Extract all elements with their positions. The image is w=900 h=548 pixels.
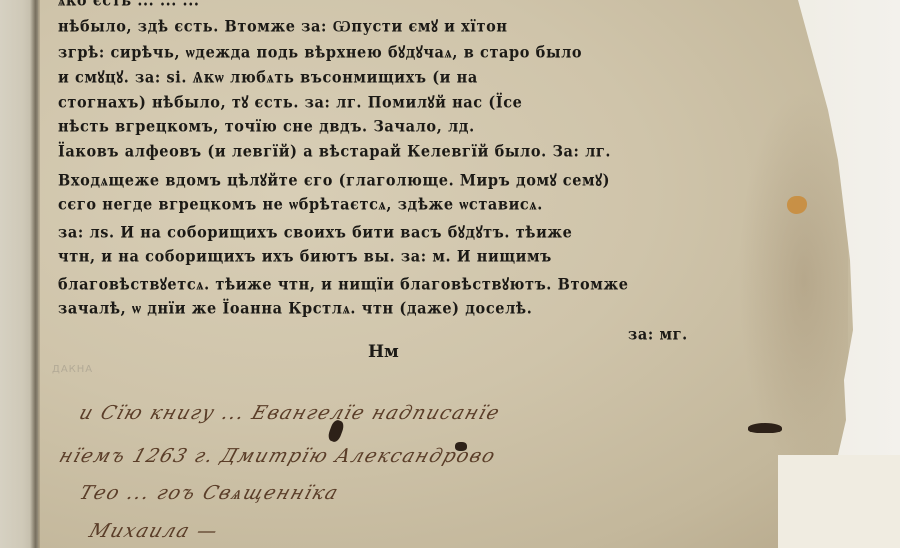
water-stain	[738, 90, 848, 470]
printed-line: благовѣствꙋетсѧ. тѣиже чтн, и нищїи благ…	[58, 273, 629, 295]
printed-line: Входѧщеже вдомъ цѣлꙋйте єго (глаголюще. …	[58, 169, 610, 191]
printed-line: нѣбыло, здѣ єсть. Втомже за: Ѡпусти ємꙋ …	[58, 15, 508, 37]
printed-line: сєго негде вгрецкомъ не ѡбрѣтаєтсѧ, здѣж…	[58, 195, 543, 214]
ink-blot	[748, 423, 782, 433]
handwritten-line: Михаила —	[86, 520, 221, 542]
spine-shadow	[30, 0, 40, 548]
printed-line: за: лѕ. И на соборищихъ своихъ бити васъ…	[58, 221, 573, 243]
folio-signature-mark: Нм	[368, 342, 399, 362]
printed-line: чтн, и на соборищихъ ихъ биютъ вы. за: м…	[58, 247, 552, 265]
torn-corner	[778, 455, 900, 548]
faint-stamp: ДАКНА	[52, 364, 93, 375]
printed-line: и смꙋцꙋ. за: ѕі. Ѧкѡ любѧть въсонмищихъ …	[58, 66, 478, 88]
handwritten-line: нїемъ 1263 г. Дмитрїю Александрово	[56, 445, 499, 467]
printed-line: стогнахъ) нѣбыло, тꙋ єсть. за: лг. Помил…	[58, 91, 522, 113]
printed-line: за: мг.	[628, 325, 688, 343]
printed-line: зачалѣ, ѡ днїи же Їоанна Крстлѧ. чтн (да…	[58, 299, 532, 318]
printed-line: ѧко єсть ... ... ...	[58, 0, 200, 11]
ink-blot	[455, 442, 467, 451]
printed-line: згрѣ: сирѣчь, ѡдежда подь вѣрхнею бꙋдꙋча…	[58, 41, 582, 63]
handwritten-line: и Сїю книгу ... Евангелїе надписанїе	[76, 402, 503, 424]
printed-line: Їаковъ алфеовъ (и левгїй) а вѣстарай Кел…	[58, 142, 611, 160]
printed-line: нѣсть вгрецкомъ, точїю сне двдъ. Зачало,…	[58, 117, 475, 135]
handwritten-line: Тео ... гоъ Свѧщеннїка	[76, 482, 342, 505]
